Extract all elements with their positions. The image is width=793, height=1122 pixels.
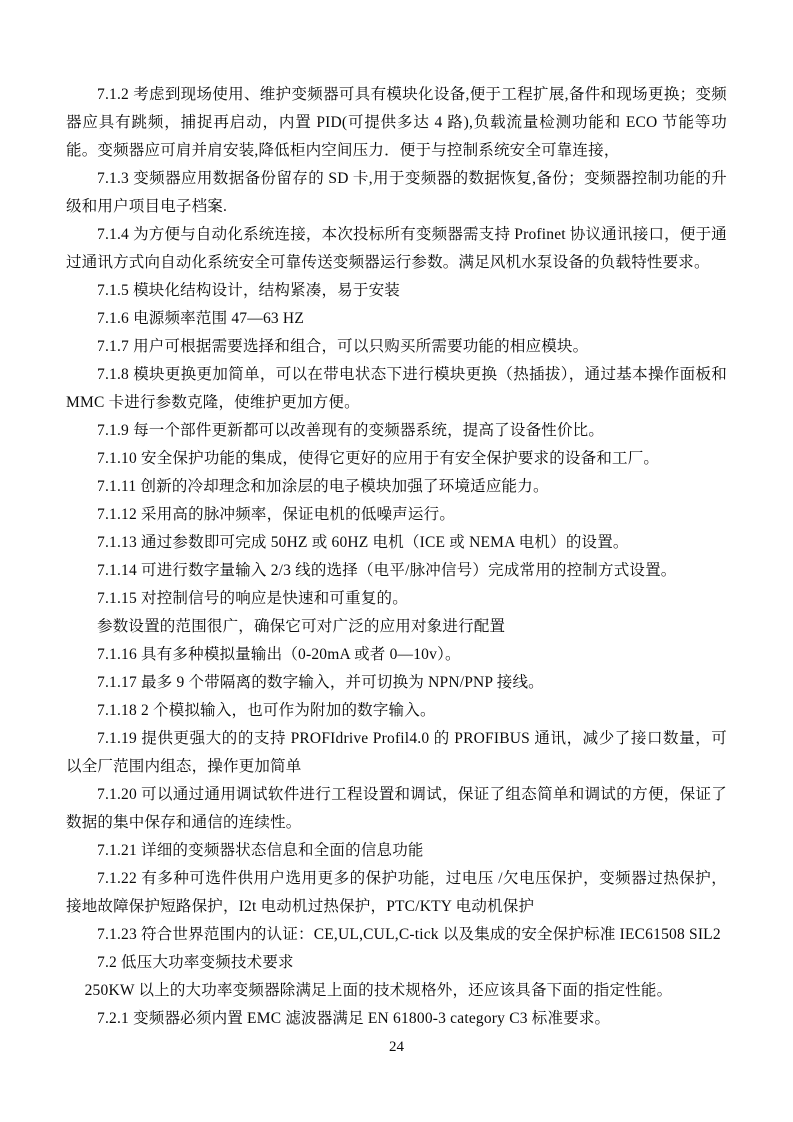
clause-7-1-22: 7.1.22 有多种可选件供用户选用更多的保护功能，过电压 /欠电压保护，变频器… (66, 865, 727, 921)
clause-7-1-12: 7.1.12 采用高的脉冲频率，保证电机的低噪声运行。 (66, 501, 727, 529)
clause-7-1-7: 7.1.7 用户可根据需要选择和组合，可以只购买所需要功能的相应模块。 (66, 333, 727, 361)
document-body: 7.1.2 考虑到现场使用、维护变频器可具有模块化设备,便于工程扩展,备件和现场… (66, 81, 727, 1033)
clause-7-1-8: 7.1.8 模块更换更加简单，可以在带电状态下进行模块更换（热插拔），通过基本操… (66, 361, 727, 417)
clause-7-1-4: 7.1.4 为方便与自动化系统连接，本次投标所有变频器需支持 Profinet … (66, 221, 727, 277)
clause-7-1-14: 7.1.14 可进行数字量输入 2/3 线的选择（电平/脉冲信号）完成常用的控制… (66, 557, 727, 585)
document-page: 7.1.2 考虑到现场使用、维护变频器可具有模块化设备,便于工程扩展,备件和现场… (0, 0, 793, 1122)
clause-7-1-10: 7.1.10 安全保护功能的集成，使得它更好的应用于有安全保护要求的设备和工厂。 (66, 445, 727, 473)
clause-7-1-13: 7.1.13 通过参数即可完成 50HZ 或 60HZ 电机（ICE 或 NEM… (66, 529, 727, 557)
clause-7-1-19: 7.1.19 提供更强大的的支持 PROFIdrive Profil4.0 的 … (66, 725, 727, 781)
section-heading-7-2: 7.2 低压大功率变频技术要求 (66, 949, 727, 977)
clause-7-2-1: 7.2.1 变频器必须内置 EMC 滤波器满足 EN 61800-3 categ… (66, 1005, 727, 1033)
clause-7-1-18: 7.1.18 2 个模拟输入，也可作为附加的数字输入。 (66, 697, 727, 725)
clause-7-1-17: 7.1.17 最多 9 个带隔离的数字输入，并可切换为 NPN/PNP 接线。 (66, 669, 727, 697)
clause-7-1-3: 7.1.3 变频器应用数据备份留存的 SD 卡,用于变频器的数据恢复,备份；变频… (66, 165, 727, 221)
clause-7-1-6: 7.1.6 电源频率范围 47—63 HZ (66, 305, 727, 333)
clause-7-1-15: 7.1.15 对控制信号的响应是快速和可重复的。 (66, 585, 727, 613)
clause-7-1-5: 7.1.5 模块化结构设计，结构紧凑，易于安装 (66, 277, 727, 305)
clause-7-1-23: 7.1.23 符合世界范围内的认证：CE,UL,CUL,C-tick 以及集成的… (66, 921, 727, 949)
clause-7-1-2: 7.1.2 考虑到现场使用、维护变频器可具有模块化设备,便于工程扩展,备件和现场… (66, 81, 727, 165)
clause-7-1-21: 7.1.21 详细的变频器状态信息和全面的信息功能 (66, 837, 727, 865)
note-parameter-range: 参数设置的范围很广，确保它可对广泛的应用对象进行配置 (66, 613, 727, 641)
clause-7-1-20: 7.1.20 可以通过通用调试软件进行工程设置和调试，保证了组态简单和调试的方便… (66, 781, 727, 837)
page-number: 24 (0, 1036, 793, 1058)
clause-7-1-9: 7.1.9 每一个部件更新都可以改善现有的变频器系统，提高了设备性价比。 (66, 417, 727, 445)
clause-7-1-11: 7.1.11 创新的冷却理念和加涂层的电子模块加强了环境适应能力。 (66, 473, 727, 501)
clause-7-1-16: 7.1.16 具有多种模拟量输出（0-20mA 或者 0—10v）。 (66, 641, 727, 669)
section-7-2-intro: 250KW 以上的大功率变频器除满足上面的技术规格外，还应该具备下面的指定性能。 (66, 977, 727, 1005)
